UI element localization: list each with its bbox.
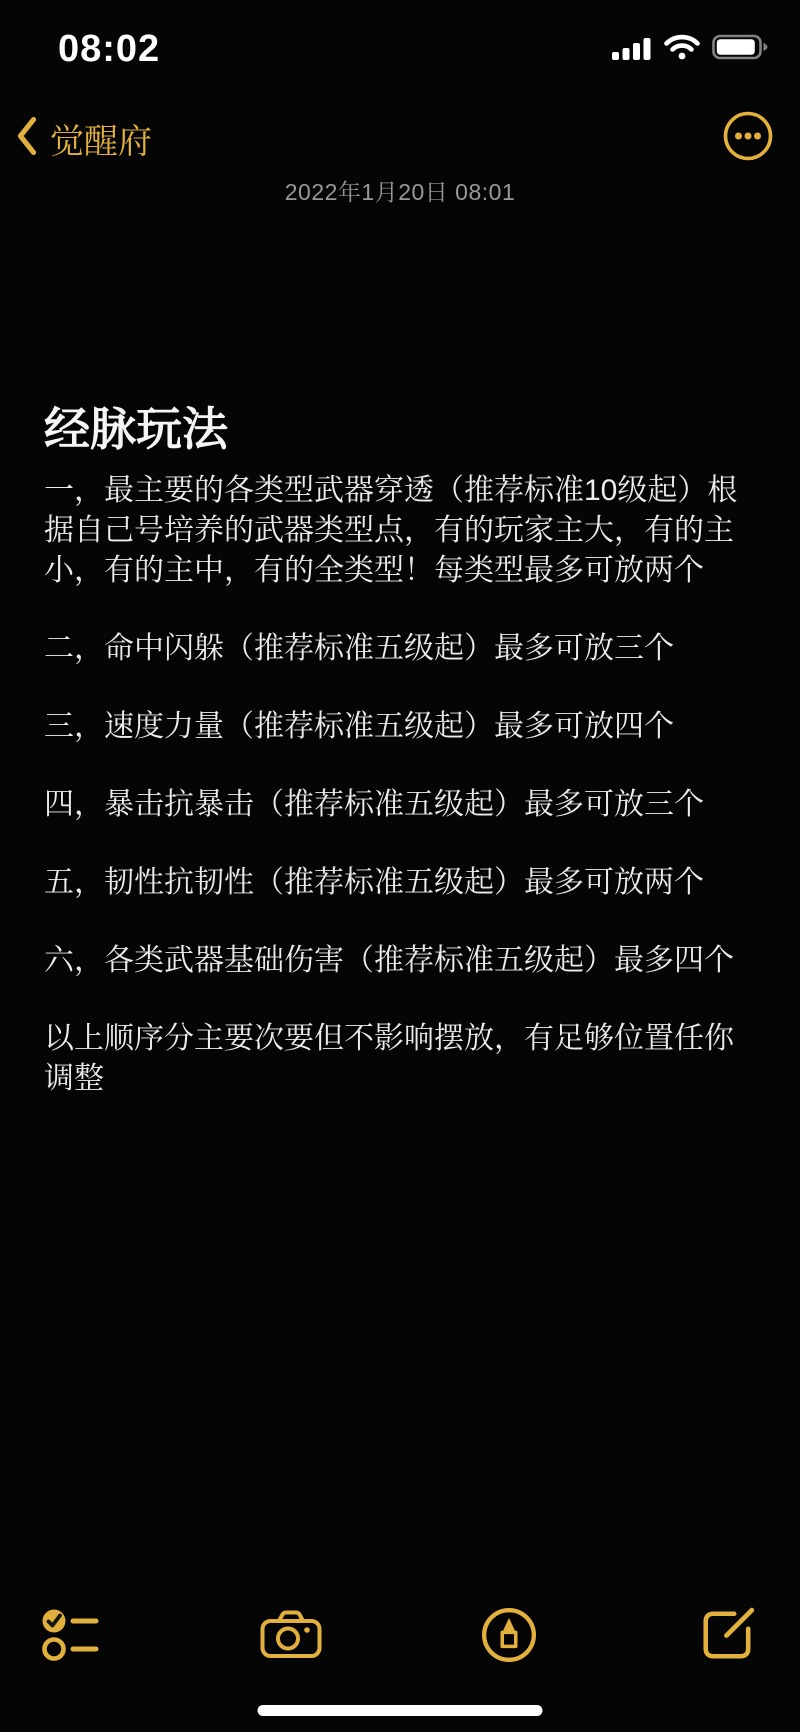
home-indicator[interactable] — [258, 1705, 543, 1716]
more-button[interactable] — [722, 112, 774, 164]
bottom-toolbar — [0, 1606, 800, 1668]
cellular-signal-icon — [612, 34, 652, 65]
compose-button[interactable] — [694, 1606, 762, 1668]
note-paragraph[interactable]: 二，命中闪躲（推荐标准五级起）最多可放三个 — [44, 629, 756, 669]
markup-icon — [480, 1606, 538, 1669]
camera-icon — [260, 1610, 322, 1665]
note-title[interactable]: 经脉玩法 — [44, 403, 756, 455]
note-paragraph[interactable]: 以上顺序分主要次要但不影响摆放，有足够位置任你调整 — [44, 1019, 756, 1099]
note-paragraph[interactable]: 一，最主要的各类型武器穿透（推荐标准10级起）根据自己号培养的武器类型点，有的玩… — [44, 471, 756, 591]
back-button-label: 觉醒府 — [50, 114, 152, 163]
note-paragraph[interactable]: 四，暴击抗暴击（推荐标准五级起）最多可放三个 — [44, 785, 756, 825]
ellipsis-circle-icon — [722, 110, 774, 167]
note-paragraph[interactable]: 三，速度力量（推荐标准五级起）最多可放四个 — [44, 707, 756, 747]
note-paragraph[interactable]: 六，各类武器基础伤害（推荐标准五级起）最多四个 — [44, 941, 756, 981]
status-bar: 08:02 — [0, 0, 800, 72]
wifi-icon — [664, 34, 700, 65]
note-date: 2022年1月20日 08:01 — [0, 174, 800, 207]
camera-button[interactable] — [257, 1606, 325, 1668]
checklist-button[interactable] — [38, 1606, 106, 1668]
battery-icon — [712, 34, 770, 65]
status-icons — [612, 34, 770, 65]
note-paragraph[interactable]: 五，韧性抗韧性（推荐标准五级起）最多可放两个 — [44, 863, 756, 903]
checklist-icon — [40, 1605, 104, 1670]
nav-bar: 觉醒府 — [0, 106, 800, 170]
status-time: 08:02 — [58, 28, 160, 71]
compose-icon — [699, 1606, 757, 1669]
note-content[interactable]: 经脉玩法 一，最主要的各类型武器穿透（推荐标准10级起）根据自己号培养的武器类型… — [0, 403, 800, 1099]
chevron-left-icon — [16, 116, 38, 161]
markup-button[interactable] — [475, 1606, 543, 1668]
back-button[interactable]: 觉醒府 — [16, 114, 152, 163]
